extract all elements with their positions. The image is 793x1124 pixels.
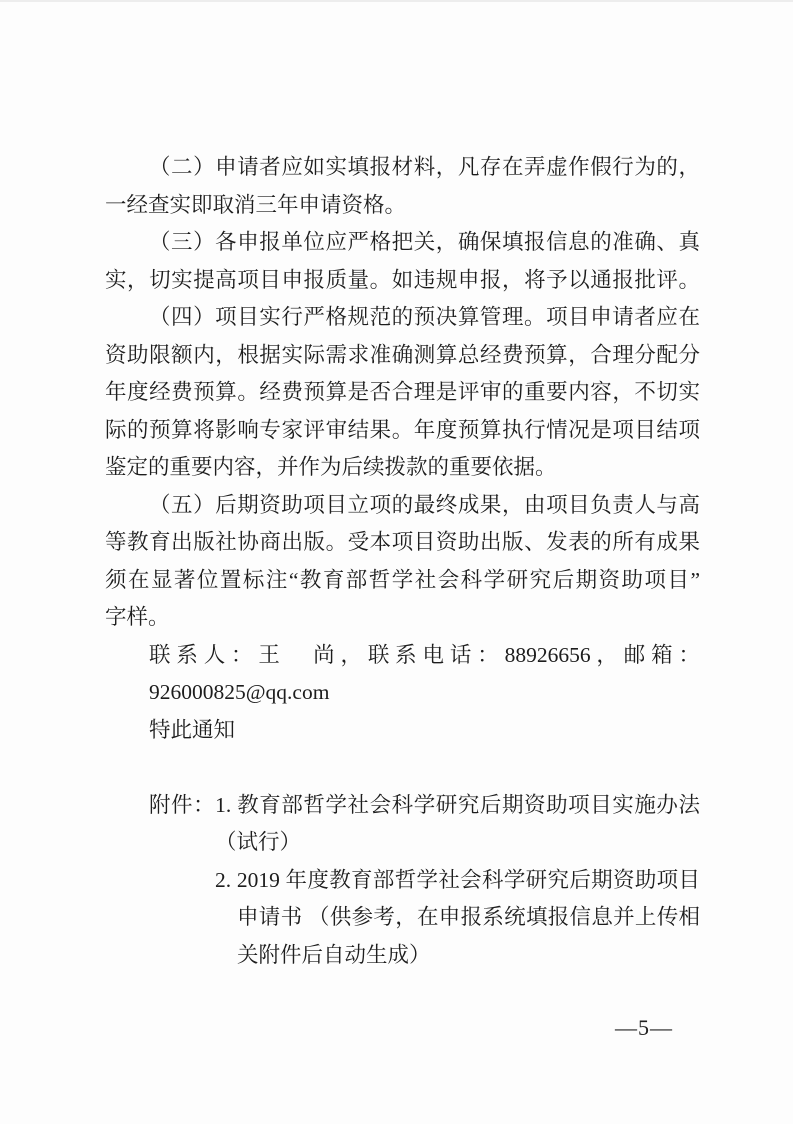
para-5-line-1: （五）后期资助项目立项的最终成果，由项目负责人与高 [105, 487, 700, 525]
attachment-line-3: 2. 2019 年度教育部哲学社会科学研究后期资助项目 [105, 862, 700, 900]
para-4-line-4: 际的预算将影响专家评审结果。年度预算执行情况是项目结项 [105, 412, 700, 450]
document-page: （二）申请者应如实填报材料，凡存在弄虚作假行为的， 一经查实即取消三年申请资格。… [0, 0, 793, 1124]
attachment-line-2: （试行） [105, 824, 700, 862]
para-2-line-1: （二）申请者应如实填报材料，凡存在弄虚作假行为的， [105, 149, 700, 187]
attachment-line-5: 关附件后自动生成） [105, 937, 700, 975]
page-number: —5— [615, 1014, 673, 1042]
para-2-line-2: 一经查实即取消三年申请资格。 [105, 187, 700, 225]
para-3-line-1: （三）各申报单位应严格把关，确保填报信息的准确、真 [105, 224, 700, 262]
para-4-line-1: （四）项目实行严格规范的预决算管理。项目申请者应在 [105, 299, 700, 337]
blank-line [105, 749, 700, 787]
para-4-line-2: 资助限额内，根据实际需求准确测算总经费预算，合理分配分 [105, 337, 700, 375]
para-5-line-2: 等教育出版社协商出版。受本项目资助出版、发表的所有成果 [105, 524, 700, 562]
closing-line: 特此通知 [105, 712, 700, 750]
attachment-line-1: 附件：1. 教育部哲学社会科学研究后期资助项目实施办法 [105, 787, 700, 825]
contact-email: 926000825@qq.com [105, 674, 700, 712]
para-4-line-3: 年度经费预算。经费预算是否合理是评审的重要内容，不切实 [105, 374, 700, 412]
document-text-block: （二）申请者应如实填报材料，凡存在弄虚作假行为的， 一经查实即取消三年申请资格。… [105, 149, 700, 974]
para-5-line-3: 须在显著位置标注“教育部哲学社会科学研究后期资助项目” [105, 562, 700, 600]
contact-line: 联系人：王 尚，联系电话：88926656，邮箱： [105, 637, 700, 675]
attachment-line-4: 申请书 （供参考，在申报系统填报信息并上传相 [105, 899, 700, 937]
para-5-line-4: 字样。 [105, 599, 700, 637]
para-4-line-5: 鉴定的重要内容，并作为后续拨款的重要依据。 [105, 449, 700, 487]
para-3-line-2: 实，切实提高项目申报质量。如违规申报，将予以通报批评。 [105, 262, 700, 300]
